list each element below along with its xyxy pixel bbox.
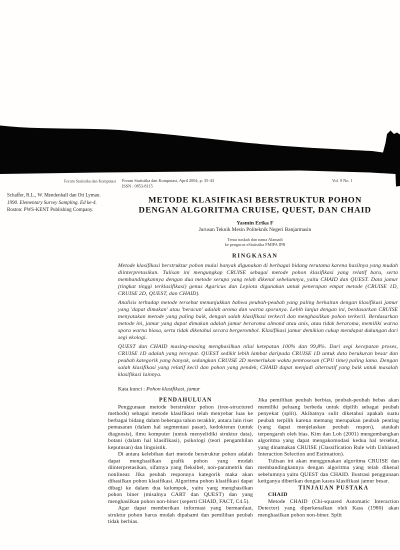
issn-line: ISSN : 0853-8115 xyxy=(122,184,222,189)
abstract-body: Metode klasifikasi berstruktur pohon mul… xyxy=(118,262,398,380)
author-note-line2: ke pengurus eStatistika FMIPA IPB xyxy=(112,242,398,247)
page-content: Forum Statistika dan Komputasi Schaffer,… xyxy=(0,0,400,550)
volume-number: Vol. 9 No. 1 xyxy=(332,178,382,183)
reference-line: Schaffer, R.L., W. Mendenhall dan Ott Ly… xyxy=(7,192,117,199)
body-paragraph: Agar dapat memberikan informasi yang ber… xyxy=(108,505,253,525)
keywords-line: Kata kunci : Pohon klasifikasi, jamur xyxy=(118,386,398,392)
scanned-journal-page: Forum Statistika dan Komputasi Schaffer,… xyxy=(0,0,400,550)
section-heading-pendahuluan: PENDAHULUAN xyxy=(108,397,253,404)
body-column-right: Jika pemilihan peubah berbias, peubah-pe… xyxy=(258,397,399,519)
keywords-value: Pohon klasifikasi, jamur xyxy=(146,386,200,392)
abstract-paragraph: Analisis terhadap metode tersebut menunj… xyxy=(118,299,398,341)
abstract-paragraph: Metode klasifikasi berstruktur pohon mul… xyxy=(118,262,398,297)
author-affiliation: Jurusan Teknik Mesin Politeknik Negeri B… xyxy=(112,227,398,233)
abstract-paragraph: QUEST dan CHAID masing-masing menghasilk… xyxy=(118,343,398,378)
body-paragraph: Metode CHAID (Chi-squared Automatic Inte… xyxy=(258,498,399,518)
reference-line: Boston: PWS-KENT Publishing Company. xyxy=(7,207,117,214)
reference-line: 1990. Elementary Survey Sampling. Ed ke-… xyxy=(7,199,117,206)
section-heading-tinjauan-pustaka: TINJAUAN PUSTAKA xyxy=(258,485,399,492)
body-paragraph: Di antara kelebihan dari metode berstruk… xyxy=(108,451,253,505)
keywords-label: Kata kunci : xyxy=(118,386,145,392)
article-title-line2: DENGAN ALGORITMA CRUISE, QUEST, DAN CHAI… xyxy=(112,205,398,215)
body-paragraph: Tulisan ini akan menggunakan algoritma C… xyxy=(258,458,399,485)
abstract-heading: RINGKASAN xyxy=(112,252,398,260)
article-title-line1: METODE KLASIFIKASI BERSTRUKTUR POHON xyxy=(112,195,398,205)
subsection-heading-chaid: CHAID xyxy=(258,492,399,499)
facing-page-reference: Schaffer, R.L., W. Mendenhall dan Ott Ly… xyxy=(7,192,117,214)
facing-page-running-header: Forum Statistika dan Komputasi xyxy=(52,179,116,184)
journal-header-line: Forum Statistika dan Komputasi, April 20… xyxy=(122,178,287,183)
body-paragraph: Penggunaan metode berstruktur pohon (tre… xyxy=(108,404,253,451)
body-column-left: PENDAHULUAN Penggunaan metode berstruktu… xyxy=(108,397,253,525)
body-paragraph: Jika pemilihan peubah berbias, peubah-pe… xyxy=(258,397,399,458)
author-name: Yasmin Erika F xyxy=(112,220,398,226)
